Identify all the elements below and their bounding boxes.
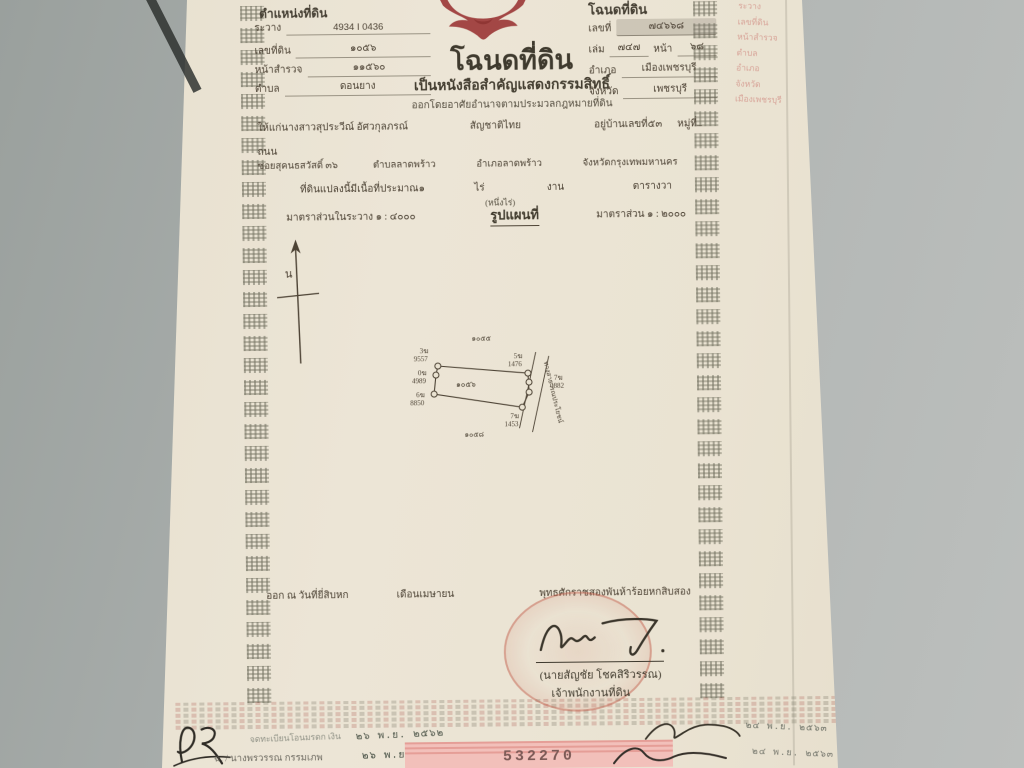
survey-mark-code: 6ฆ xyxy=(416,391,425,399)
back-page-bleed: ระวาง เลขที่ดิน หน้าสำรวจ ตำบล อำเภอ จัง… xyxy=(735,0,809,109)
parcel-no-label: เลขที่ดิน xyxy=(254,44,290,59)
ngan-label: งาน xyxy=(547,180,564,195)
area-wa-value xyxy=(564,194,629,195)
garuda-emblem-icon xyxy=(437,0,529,40)
survey-mark-number: 4989 xyxy=(412,377,427,385)
issue-prefix: ออก ณ วันที่ xyxy=(266,588,318,604)
survey-mark-code: 7ฆ xyxy=(510,412,519,420)
ravang-label: ระวาง xyxy=(254,21,281,36)
owner-name: นางสาวสุประวีณ์ อัศวกุลภรณ์ xyxy=(281,119,465,136)
deed-no-value: ๗๔๖๖๘ xyxy=(616,18,716,36)
registration-note-1: จดทะเบียนโอนมรดก เงิน xyxy=(250,729,342,746)
paper-crease xyxy=(785,0,795,765)
province-label: จังหวัด xyxy=(589,84,619,99)
back-page-label: อำเภอ xyxy=(736,60,806,78)
survey-mark-code: 3ฆ xyxy=(420,347,429,355)
area-label: ที่ดินแปลงนี้มีเนื้อที่ประมาณ xyxy=(300,181,419,197)
moo-value: – xyxy=(697,120,715,131)
survey-mark-code: 0ฆ xyxy=(418,369,427,377)
signer-title: เจ้าพนักงานที่ดิน xyxy=(508,683,673,703)
amphoe-label: อำเภอ xyxy=(589,63,617,78)
survey-mark-number: 1453 xyxy=(504,420,519,428)
province-value: เพชรบุรี xyxy=(623,81,717,99)
map-scale: มาตราส่วน ๑ : ๒๐๐๐ xyxy=(596,206,686,222)
month-label: เดือน xyxy=(396,587,419,602)
official-signature xyxy=(532,611,668,662)
wa-label: ตารางวา xyxy=(633,179,672,194)
parcel-no-value: ๑๐๕๖ xyxy=(296,40,431,58)
neighbor-parcel-south: ๑๐๕๘ xyxy=(465,431,485,439)
north-arrow: น xyxy=(266,235,331,368)
date-stamp-right-1: ๒๔ พ.ย. ๒๕๖๓ xyxy=(745,718,828,735)
issue-day: ยี่สิบหก xyxy=(318,588,392,604)
sheet-scale: มาตราส่วนในระวาง ๑ : ๔๐๐๐ xyxy=(286,209,415,225)
survey-mark xyxy=(525,370,531,376)
soi-label: ซอย xyxy=(258,159,276,174)
tambon-label: ตำบล xyxy=(255,82,280,97)
ravang-value: 4934 I 0436 xyxy=(286,21,430,36)
signer-name: (นายสัญชัย โชคสิริวรรณ) xyxy=(508,664,693,684)
parcel-outline xyxy=(434,365,529,408)
road-label: ทางสาธารณประโยชน์ xyxy=(542,361,565,425)
book-label: เล่ม xyxy=(588,42,604,57)
survey-mark xyxy=(519,404,525,410)
survey-mark-number: 9557 xyxy=(414,355,429,363)
page-value: ๖๘ xyxy=(677,39,716,56)
soi-value: สุคนธสวัสดิ์ ๓๖ xyxy=(275,158,369,174)
owner-amphoe-label: อำเภอ xyxy=(476,156,502,171)
nationality-label: สัญชาติ xyxy=(470,118,504,133)
back-page-label: หน้าสำรวจ xyxy=(737,29,807,47)
map-title: รูปแผนที่ xyxy=(490,204,539,227)
parcel-map: 3ฆ 9557 0ฆ 4989 6ฆ 8850 5ฆ 1476 7ฆ 0882 … xyxy=(367,326,588,454)
registration-note-2: ฉ. / นางพรวรรณ กรรมเภพ xyxy=(214,750,323,766)
owner-province-label: จังหวัด xyxy=(582,155,610,170)
handwritten-signature-right-2 xyxy=(610,742,730,768)
number-block-title: โฉนดที่ดิน xyxy=(588,0,647,20)
back-page-label: เมืองเพชรบุรี xyxy=(735,91,805,109)
owner-tambon-label: ตำบล xyxy=(373,157,397,172)
issue-month: เมษายน xyxy=(419,586,534,602)
survey-mark xyxy=(431,391,437,397)
given-to-label: ให้แก่ xyxy=(257,121,281,136)
survey-mark-code: 7ฆ xyxy=(554,374,563,382)
survey-mark xyxy=(526,379,532,385)
date-stamp-right-2: ๒๔ พ.ย. ๒๕๖๓ xyxy=(752,744,835,761)
survey-page-label: หน้าสำรวจ xyxy=(255,62,303,77)
parcel-number: ๑๐๕๖ xyxy=(456,380,476,389)
moo-label: หมู่ที่ xyxy=(677,116,697,131)
book-value: ๗๔๗ xyxy=(610,40,649,57)
north-label: น xyxy=(285,269,293,281)
page-label: หน้า xyxy=(653,42,672,57)
owner-province-value: กรุงเทพมหานคร xyxy=(610,154,715,170)
owner-amphoe-value: ลาดพร้าว xyxy=(503,156,579,172)
survey-mark xyxy=(433,372,439,378)
rai-label: ไร่ xyxy=(474,181,485,196)
neighbor-parcel-north: ๑๐๕๕ xyxy=(472,335,491,343)
owner-tambon-value: ลาดพร้าว xyxy=(396,157,472,173)
survey-mark xyxy=(526,389,532,395)
survey-mark xyxy=(435,363,441,369)
survey-mark-number: 1476 xyxy=(508,360,523,368)
amphoe-value: เมืองเพชรบุรี xyxy=(621,60,717,78)
deed-no-label: เลขที่ xyxy=(588,21,611,36)
nationality-value: ไทย xyxy=(503,117,589,133)
survey-mark-number: 8850 xyxy=(410,399,425,407)
house-no-value: ๕๓ xyxy=(648,117,673,132)
road-label: ถนน xyxy=(258,145,278,160)
house-no-label: อยู่บ้านเลขที่ xyxy=(594,117,648,133)
photo: ตำแหน่งที่ดิน ระวาง 4934 I 0436 เลขที่ดิ… xyxy=(0,0,1024,768)
survey-mark-code: 5ฆ xyxy=(514,352,523,360)
area-rai-value: ๑ xyxy=(419,181,471,197)
